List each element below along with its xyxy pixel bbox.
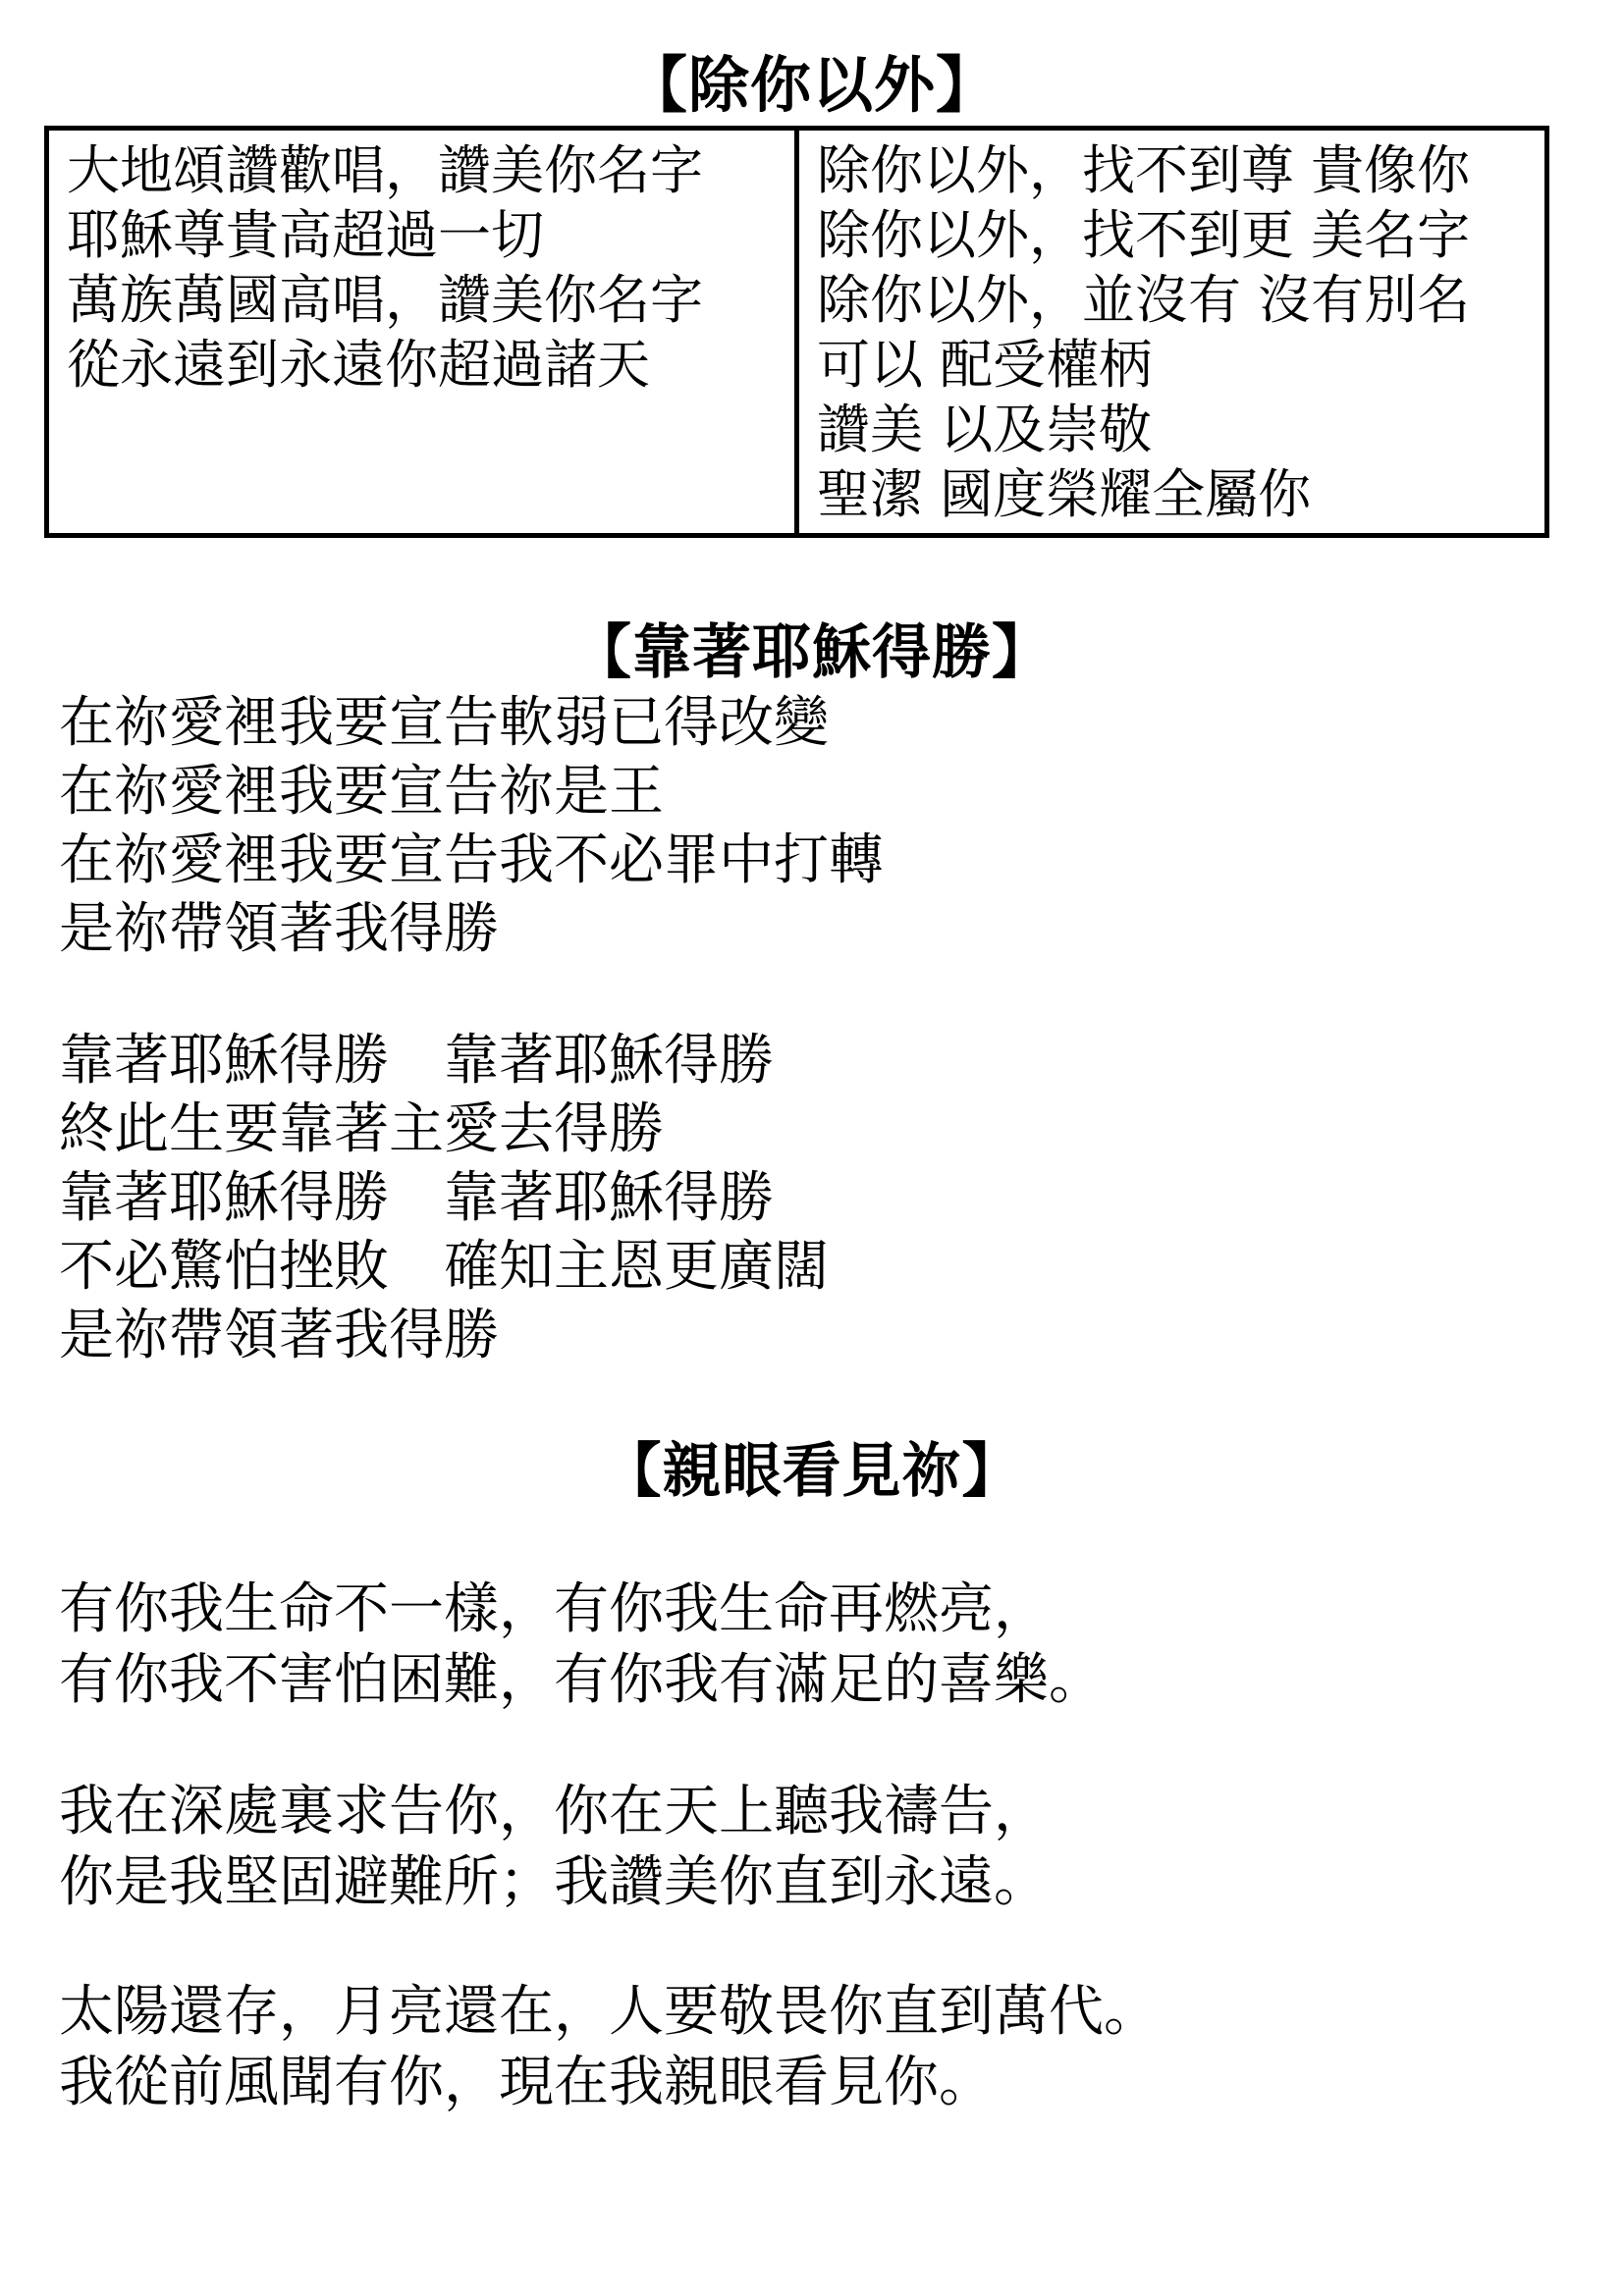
lyric-line: 太陽還存，月亮還在，人要敬畏你直到萬代。 xyxy=(59,1977,1624,2048)
lyric-line: 是祢帶領著我得勝 xyxy=(59,895,1624,964)
lyric-line: 除你以外，找不到尊 貴像你 xyxy=(817,138,1531,203)
table-row: 大地頌讚歡唱，讚美你名字 耶穌尊貴高超過一切 萬族萬國高唱，讚美你名字 從永遠到… xyxy=(47,129,1547,536)
lyric-line: 讚美 以及崇敬 xyxy=(817,398,1531,462)
song2-stanza-2: 靠著耶穌得勝 靠著耶穌得勝 終此生要靠著主愛去得勝 靠著耶穌得勝 靠著耶穌得勝 … xyxy=(59,1027,1624,1370)
lyric-line: 靠著耶穌得勝 靠著耶穌得勝 xyxy=(59,1164,1624,1233)
lyric-line: 在祢愛裡我要宣告祢是王 xyxy=(59,758,1624,827)
song3-stanza-3: 太陽還存，月亮還在，人要敬畏你直到萬代。 我從前風聞有你，現在我親眼看見你。 xyxy=(59,1977,1624,2118)
song2-stanza-1: 在祢愛裡我要宣告軟弱已得改變 在祢愛裡我要宣告祢是王 在祢愛裡我要宣告我不必罪中… xyxy=(59,689,1624,964)
lyric-line: 除你以外，找不到更 美名字 xyxy=(817,203,1531,268)
song3-title: 【親眼看見祢】 xyxy=(0,1435,1624,1508)
lyric-line: 我在深處裏求告你，你在天上聽我禱告， xyxy=(59,1777,1624,1847)
song1-right-cell: 除你以外，找不到尊 貴像你 除你以外，找不到更 美名字 除你以外，並沒有 沒有別… xyxy=(797,129,1547,536)
lyric-line: 終此生要靠著主愛去得勝 xyxy=(59,1095,1624,1164)
song1-title: 【除你以外】 xyxy=(0,49,1624,122)
lyric-line: 聖潔 國度榮耀全屬你 xyxy=(817,462,1531,527)
lyric-line: 有你我不害怕困難，有你我有滿足的喜樂。 xyxy=(59,1645,1624,1716)
lyric-line: 從永遠到永遠你超過諸天 xyxy=(67,333,781,398)
lyric-line: 是祢帶領著我得勝 xyxy=(59,1302,1624,1370)
song3-stanza-1: 有你我生命不一樣，有你我生命再燃亮， 有你我不害怕困難，有你我有滿足的喜樂。 xyxy=(59,1575,1624,1716)
lyrics-page: 【除你以外】 大地頌讚歡唱，讚美你名字 耶穌尊貴高超過一切 萬族萬國高唱，讚美你… xyxy=(0,0,1624,2296)
lyric-line: 除你以外，並沒有 沒有別名 xyxy=(817,268,1531,333)
lyric-line: 耶穌尊貴高超過一切 xyxy=(67,203,781,268)
lyric-line: 我從前風聞有你，現在我親眼看見你。 xyxy=(59,2048,1624,2118)
lyric-line: 不必驚怕挫敗 確知主恩更廣闊 xyxy=(59,1233,1624,1302)
song3-stanza-2: 我在深處裏求告你，你在天上聽我禱告， 你是我堅固避難所；我讚美你直到永遠。 xyxy=(59,1777,1624,1918)
lyric-line: 有你我生命不一樣，有你我生命再燃亮， xyxy=(59,1575,1624,1645)
lyric-line: 你是我堅固避難所；我讚美你直到永遠。 xyxy=(59,1847,1624,1918)
song1-lyrics-table: 大地頌讚歡唱，讚美你名字 耶穌尊貴高超過一切 萬族萬國高唱，讚美你名字 從永遠到… xyxy=(44,126,1549,538)
song2-title: 【靠著耶穌得勝】 xyxy=(0,616,1624,689)
lyric-line: 大地頌讚歡唱，讚美你名字 xyxy=(67,138,781,203)
lyric-line: 在祢愛裡我要宣告軟弱已得改變 xyxy=(59,689,1624,758)
lyric-line: 萬族萬國高唱，讚美你名字 xyxy=(67,268,781,333)
lyric-line: 在祢愛裡我要宣告我不必罪中打轉 xyxy=(59,827,1624,895)
song1-left-cell: 大地頌讚歡唱，讚美你名字 耶穌尊貴高超過一切 萬族萬國高唱，讚美你名字 從永遠到… xyxy=(47,129,797,536)
lyric-line: 靠著耶穌得勝 靠著耶穌得勝 xyxy=(59,1027,1624,1095)
lyric-line: 可以 配受權柄 xyxy=(817,333,1531,398)
